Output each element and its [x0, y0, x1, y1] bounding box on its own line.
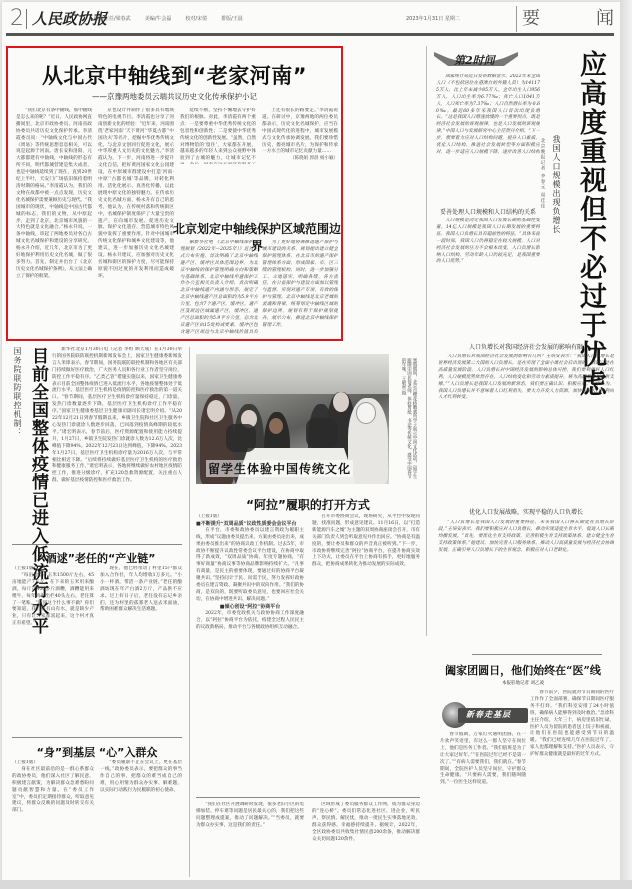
covid-kicker: 国务院联防联控机制： — [12, 347, 23, 437]
jiu-column-2: 现在，他已经带动了村里15户群众加入合作社，年人均增收1万多元。“小小一杯酒，带… — [100, 566, 182, 734]
editor-credit: 校对/宋倩 — [185, 15, 207, 22]
population-section-1: 人口规模是决定我国人口发展长期的基础性变量。14亿人口规模是我国人口长期发展的重… — [436, 218, 540, 326]
photo-caption: 留学生体验中国传统文化 — [206, 460, 353, 477]
article-text: 2022年，市委党政机关与政协协商工作深度融合，以“阿拉”协商平台为依托，构建全… — [196, 611, 304, 632]
column-divider — [189, 347, 190, 877]
article-text: 区域形成了委员服务群众工作网，成为群众身边的“连心桥”。委员们常态化进社区、进企… — [312, 802, 420, 843]
ala-subhead: ■倾心创设“阿拉”协商平台 — [196, 604, 304, 611]
section-rule — [12, 737, 182, 738]
population-kicker: 我国人口规模出现负增长 — [551, 135, 562, 234]
continued-note: （上接1版） — [196, 514, 304, 521]
jiu-column-1: （上接1版） “每亩地能产玉米1500斤左右，45亩地能产7万斤。在下来的玉米用… — [12, 566, 94, 734]
photo-credit: 王敬智 摄 — [401, 377, 406, 396]
sub-article-column-1: 据新华社电 《北京中轴线保护管理规划（2022年—2035年）》近日正式公布实施… — [180, 240, 258, 336]
population-byline: 北京晚报记者 李春元 周佳佳 — [539, 138, 545, 209]
editor-credit: 美编/牛会磊 — [145, 15, 172, 22]
ala-subhead: ■不断提升“双周品质”议政性质委会会议平台 — [196, 521, 304, 528]
yixian-column-1: 春节假期，万家灯火通明团圆，在一片欢声笑语里，有这么一群人坚守在岗位上，他们是医… — [440, 732, 526, 878]
population-subhead-2: 人口负增长对我国经济社会发展的影响有限 — [438, 342, 614, 351]
article-text: 在平台，市委和政协委员以建言资政为履职主线，形成“议题由委员提出来，方案由委员论… — [196, 528, 304, 604]
shen-column-3: “我们在社区开展调研时发现，很多老旧小区的电梯加装、停车难等问题是居民最关心的，… — [196, 802, 304, 878]
editor-credits: 编辑主任/梁春武 美编/牛会磊 校对/宋倩 排版/王晨 — [94, 15, 243, 22]
article-text: 新华社北京1月30日电（记者 李恒 顾天成）在1月30日举行的国务院联防联控机制… — [52, 347, 182, 485]
article-text: 召开市委协商会议，现场研究，从平台中发现问题，找准问题，形成意见建议。11月16… — [312, 514, 420, 569]
shen-column-2: “委员履职不止在会议上，更在基层一线。”政协委员表示，要把群众的事当作自己的事，… — [100, 760, 182, 878]
photo-side-caption: 寒假期间，北京市樱花桥雕刻所学子展示中国文化活动，留学生跟随中国民俗老师，体验剪… — [391, 358, 417, 482]
section-rule — [12, 544, 182, 545]
section-char: 要 — [522, 6, 540, 32]
article-text: 身在社区最前沿的是一群心系群众的政协委员，他们深入社区了解民意，积极建言献策，为… — [12, 767, 94, 815]
yixian-column-2: 春节前夕，医院就对节日期间的医疗工作作了全面部署，确保节日期间医疗服务不打烊。“… — [530, 690, 614, 878]
population-intro: 国家统计局近日发布数据显示，2022年末全国人口（不包括居住在港澳台的外籍人员）… — [436, 74, 540, 154]
article-text: 据新华社电 《北京中轴线保护管理规划（2022年—2035年）》近日正式公布实施… — [180, 240, 258, 336]
page-number-divider — [26, 9, 27, 29]
article-text: 延续不断，坚持不懈地去守护好我们的根脉。对此，李清霞有两个重点：一是要尊重中华优… — [180, 108, 256, 164]
population-subhead-1: 妥善处理人口规模和人口结构的关系 — [436, 207, 540, 216]
sub-article-column-2: 为了更好地协调推进遗产保护与城市建设的关系，规划提出建立健全保护管理体系，在北京… — [262, 240, 338, 336]
page-number: 2 — [10, 6, 24, 32]
feature-headline: 从北京中轴线到“老家河南” — [8, 60, 341, 90]
feature-column-3: 延续不断，坚持不懈地去守护好我们的根脉。对此，李清霞有两个重点：一是要尊重中华优… — [180, 108, 256, 164]
article-text: 人口规模是决定我国人口发展长期的基础性变量。14亿人口规模是我国人口长期发展的重… — [436, 218, 540, 266]
page-bottom-margin — [0, 880, 632, 889]
ala-headline: “阿拉”履职的打开方式 — [196, 496, 420, 513]
section-divider — [516, 6, 517, 32]
photo-face — [333, 392, 349, 412]
column-badge-label: 新春走基层 — [466, 709, 511, 720]
issue-date: 2023年1月31日 星期二 — [406, 15, 460, 22]
editor-credit: 排版/王晨 — [221, 15, 243, 22]
article-text: 为了更好地协调推进遗产保护与城市建设的关系，规划提出建立健全保护管理体系，在北京… — [262, 240, 338, 330]
yixian-headline: 阖家团圆日，他们始终在“医”线 — [432, 662, 614, 678]
article-text: 春节假期，万家灯火通明团圆，在一片欢声笑语里，有这么一群人坚守在岗位上，他们是医… — [440, 732, 526, 787]
jiu-headline: “酒逑”老任的“产业链” — [12, 550, 182, 566]
feature-column-1: “我们北京有条中轴线，那中轴线是怎么来的呢？”近日，人民政协网直播间里，北京市政… — [16, 108, 92, 336]
section-badge: 第2时间 — [434, 48, 518, 70]
highlighted-feature-article[interactable]: 从北京中轴线到“老家河南” ——京豫两地委员云端共议历史文化传承保护小记 “我们… — [6, 46, 343, 341]
section-rule — [196, 797, 420, 798]
paper-cut-icon — [226, 424, 256, 452]
article-text: 上还有很长的路要走。”李清霞说道。在研讨中，京豫两地的两位委员都表示，历史文化名… — [262, 108, 338, 156]
article-text: “委员履职不止在会议上，更在基层一线。”政协委员表示，要把群众的事当作自己的事，… — [100, 760, 182, 795]
article-text: “我们北京有条中轴线，那中轴线是怎么来的呢？”近日，人民政协网直播间里，北京市政… — [16, 108, 92, 281]
photo-face — [269, 418, 283, 434]
editor-credit: 编辑主任/梁春武 — [94, 15, 131, 22]
ala-column-2: 召开市委协商会议，现场研究，从平台中发现问题，找准问题，形成意见建议。11月16… — [312, 514, 420, 794]
feature-byline: （陈晓娟 郭晨 杨小颖） — [262, 156, 338, 163]
covid-article-body: 新华社北京1月30日电（记者 李恒 顾天成）在1月30日举行的国务院联防联控机制… — [52, 347, 182, 539]
photo-ceiling — [196, 354, 389, 394]
photo-face — [207, 400, 225, 422]
continued-note: （上接1版） — [12, 566, 94, 573]
masthead-rule — [6, 33, 614, 36]
newspaper-page: 2 人民政协报 编辑主任/梁春武 美编/牛会磊 校对/宋倩 排版/王晨 2023… — [2, 2, 620, 882]
feature-subtitle: ——京豫两地委员云端共议历史文化传承保护小记 — [8, 91, 341, 102]
article-text: 国家统计局近日发布数据显示，2022年末全国人口（不包括居住在港澳台的外籍人员）… — [436, 74, 540, 154]
paper-cut-icon — [306, 418, 338, 448]
column-badge: 新春走基层 — [442, 702, 526, 728]
article-text: “我们在社区开展调研时发现，很多老旧小区的电梯加装、停车难等问题是居民最关心的，… — [196, 802, 304, 830]
badge-text: 第2时间 — [454, 52, 495, 68]
ala-column-1: （上接1版） ■不断提升“双周品质”议政性质委会会议平台 在平台，市委和政协委员… — [196, 514, 304, 794]
feature-column-4: 上还有很长的路要走。”李清霞说道。在研讨中，京豫两地的两位委员都表示，历史文化名… — [262, 108, 338, 164]
section-char: 闻 — [596, 6, 614, 32]
section-rule — [472, 654, 602, 655]
article-text: 京也设计并制作了很多具有地域特色的电视节目。李清霞也分享了河南创新文化的经验：“… — [98, 108, 174, 281]
shen-headline: “身”到基层 “心”入群众 — [12, 744, 182, 760]
population-section-2: 人口负增长对我国经济社会发展的影响有几何？王培安表示：“我国人口负增长是世界经济… — [438, 354, 614, 502]
population-section-3: “人口负增长是我国人口发展的重要特征，未来我国人口将长期处在负增长阶段。”王培安… — [438, 520, 614, 626]
page-edge-shadow — [620, 0, 632, 889]
photo-face-mask — [356, 402, 376, 424]
article-text: 人口负增长对我国经济社会发展的影响有几何？王培安表示：“我国人口负增长是世界经济… — [438, 354, 614, 402]
population-subhead-3: 优化人口发展战略，实现平稳的人口负增长 — [438, 507, 614, 516]
masthead: 2 人民政协报 编辑主任/梁春武 美编/牛会磊 校对/宋倩 排版/王晨 2023… — [6, 6, 614, 32]
article-text: “人口负增长是我国人口发展的重要特征，未来我国人口将长期处在负增长阶段。”王培安… — [438, 520, 614, 555]
section-label: 要 闻 — [522, 6, 614, 32]
continued-note: （上接1版） — [12, 760, 94, 767]
yixian-byline: 本报驻地记者 刘乙凌 — [432, 680, 614, 686]
feature-column-2: 京也设计并制作了很多具有地域特色的电视节目。李清霞也分享了河南创新文化的经验：“… — [98, 108, 174, 336]
article-text: “每亩地能产玉米1500斤左右，45亩地能产7万斤。在下来的玉米用来酿酒，每斤产… — [12, 573, 94, 628]
shen-column-4: 区域形成了委员服务群众工作网，成为群众身边的“连心桥”。委员们常态化进社区、进企… — [312, 802, 420, 878]
article-text: 春节前夕，医院就对节日期间的医疗工作作了全面部署，确保节日期间医疗服务不打烊。“… — [530, 690, 614, 759]
column-divider — [426, 46, 427, 636]
article-text: 现在，他已经带动了村里15户群众加入合作社，年人均增收1万多元。“小小一杯酒，带… — [100, 566, 182, 614]
shen-column-1: （上接1版） 身在社区最前沿的是一群心系群众的政协委员，他们深入社区了解民意，积… — [12, 760, 94, 878]
